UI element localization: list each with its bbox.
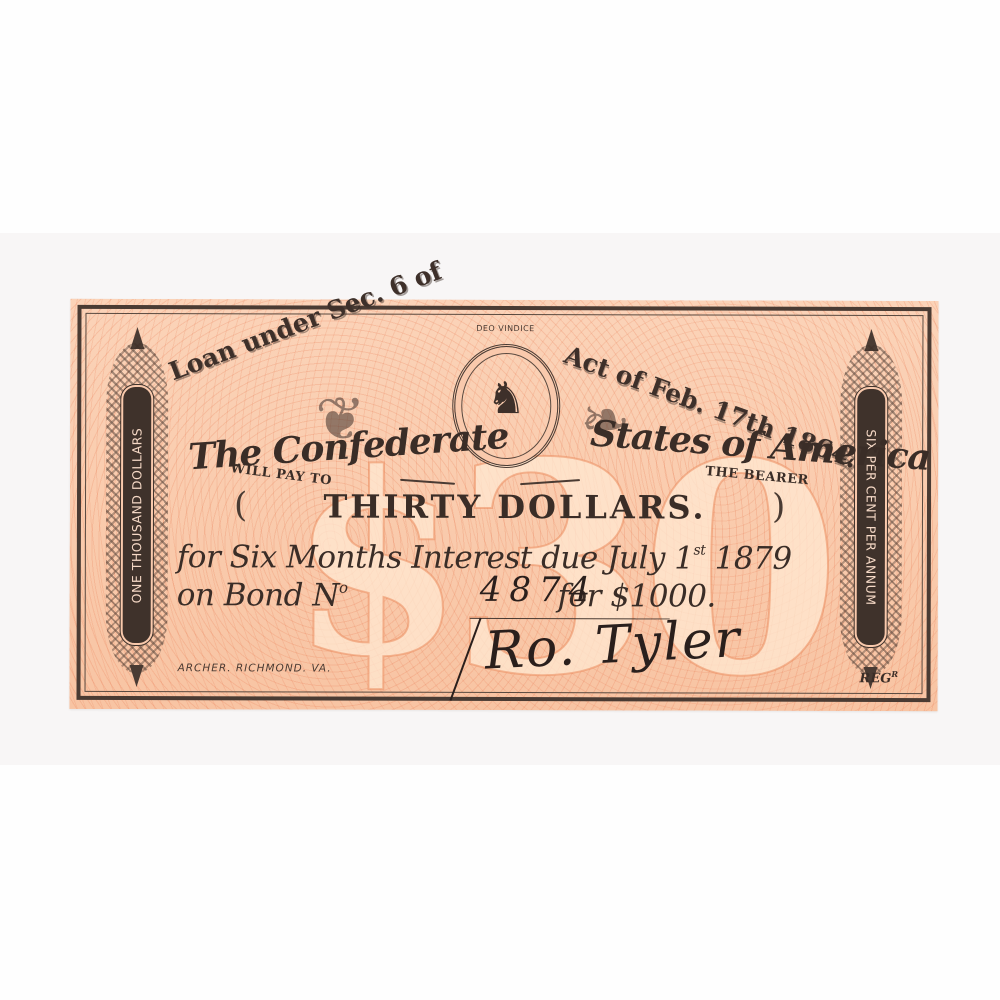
- registrar-signature: Ro. Tyler: [483, 609, 743, 682]
- left-panel-text: ONE THOUSAND DOLLARS: [129, 427, 144, 603]
- interest-prefix: for Six Months Interest due July 1: [177, 539, 694, 576]
- denomination-band: ONE THOUSAND DOLLARS: [123, 387, 152, 643]
- bond-coupon: $ 3 0 ONE THOUSAND DOLLARS SIX PER CENT …: [69, 299, 938, 711]
- amount-bracket-right: ): [772, 487, 785, 527]
- rate-band: SIX PER CENT PER ANNUM: [857, 389, 886, 645]
- left-denomination-panel: ONE THOUSAND DOLLARS: [106, 327, 169, 687]
- amount-text: THIRTY DOLLARS.: [245, 487, 785, 526]
- right-rate-panel: SIX PER CENT PER ANNUM: [840, 329, 903, 689]
- interest-year: 1879: [715, 541, 792, 577]
- printer-imprint: ARCHER. RICHMOND. VA.: [178, 662, 332, 674]
- bond-number: 4874: [480, 570, 599, 610]
- bond-number-sign: o: [339, 579, 348, 597]
- register-text: REG: [860, 671, 892, 686]
- bond-line: on Bond Nofor $1000.: [177, 577, 716, 614]
- register-sup: R: [891, 669, 898, 679]
- bond-prefix: on Bond N: [177, 577, 339, 613]
- spire-ornament-icon: [130, 665, 144, 687]
- seal-motto: DEO VINDICE: [455, 324, 555, 333]
- interest-ordinal: st: [694, 542, 706, 558]
- register-label: REGR: [860, 669, 899, 686]
